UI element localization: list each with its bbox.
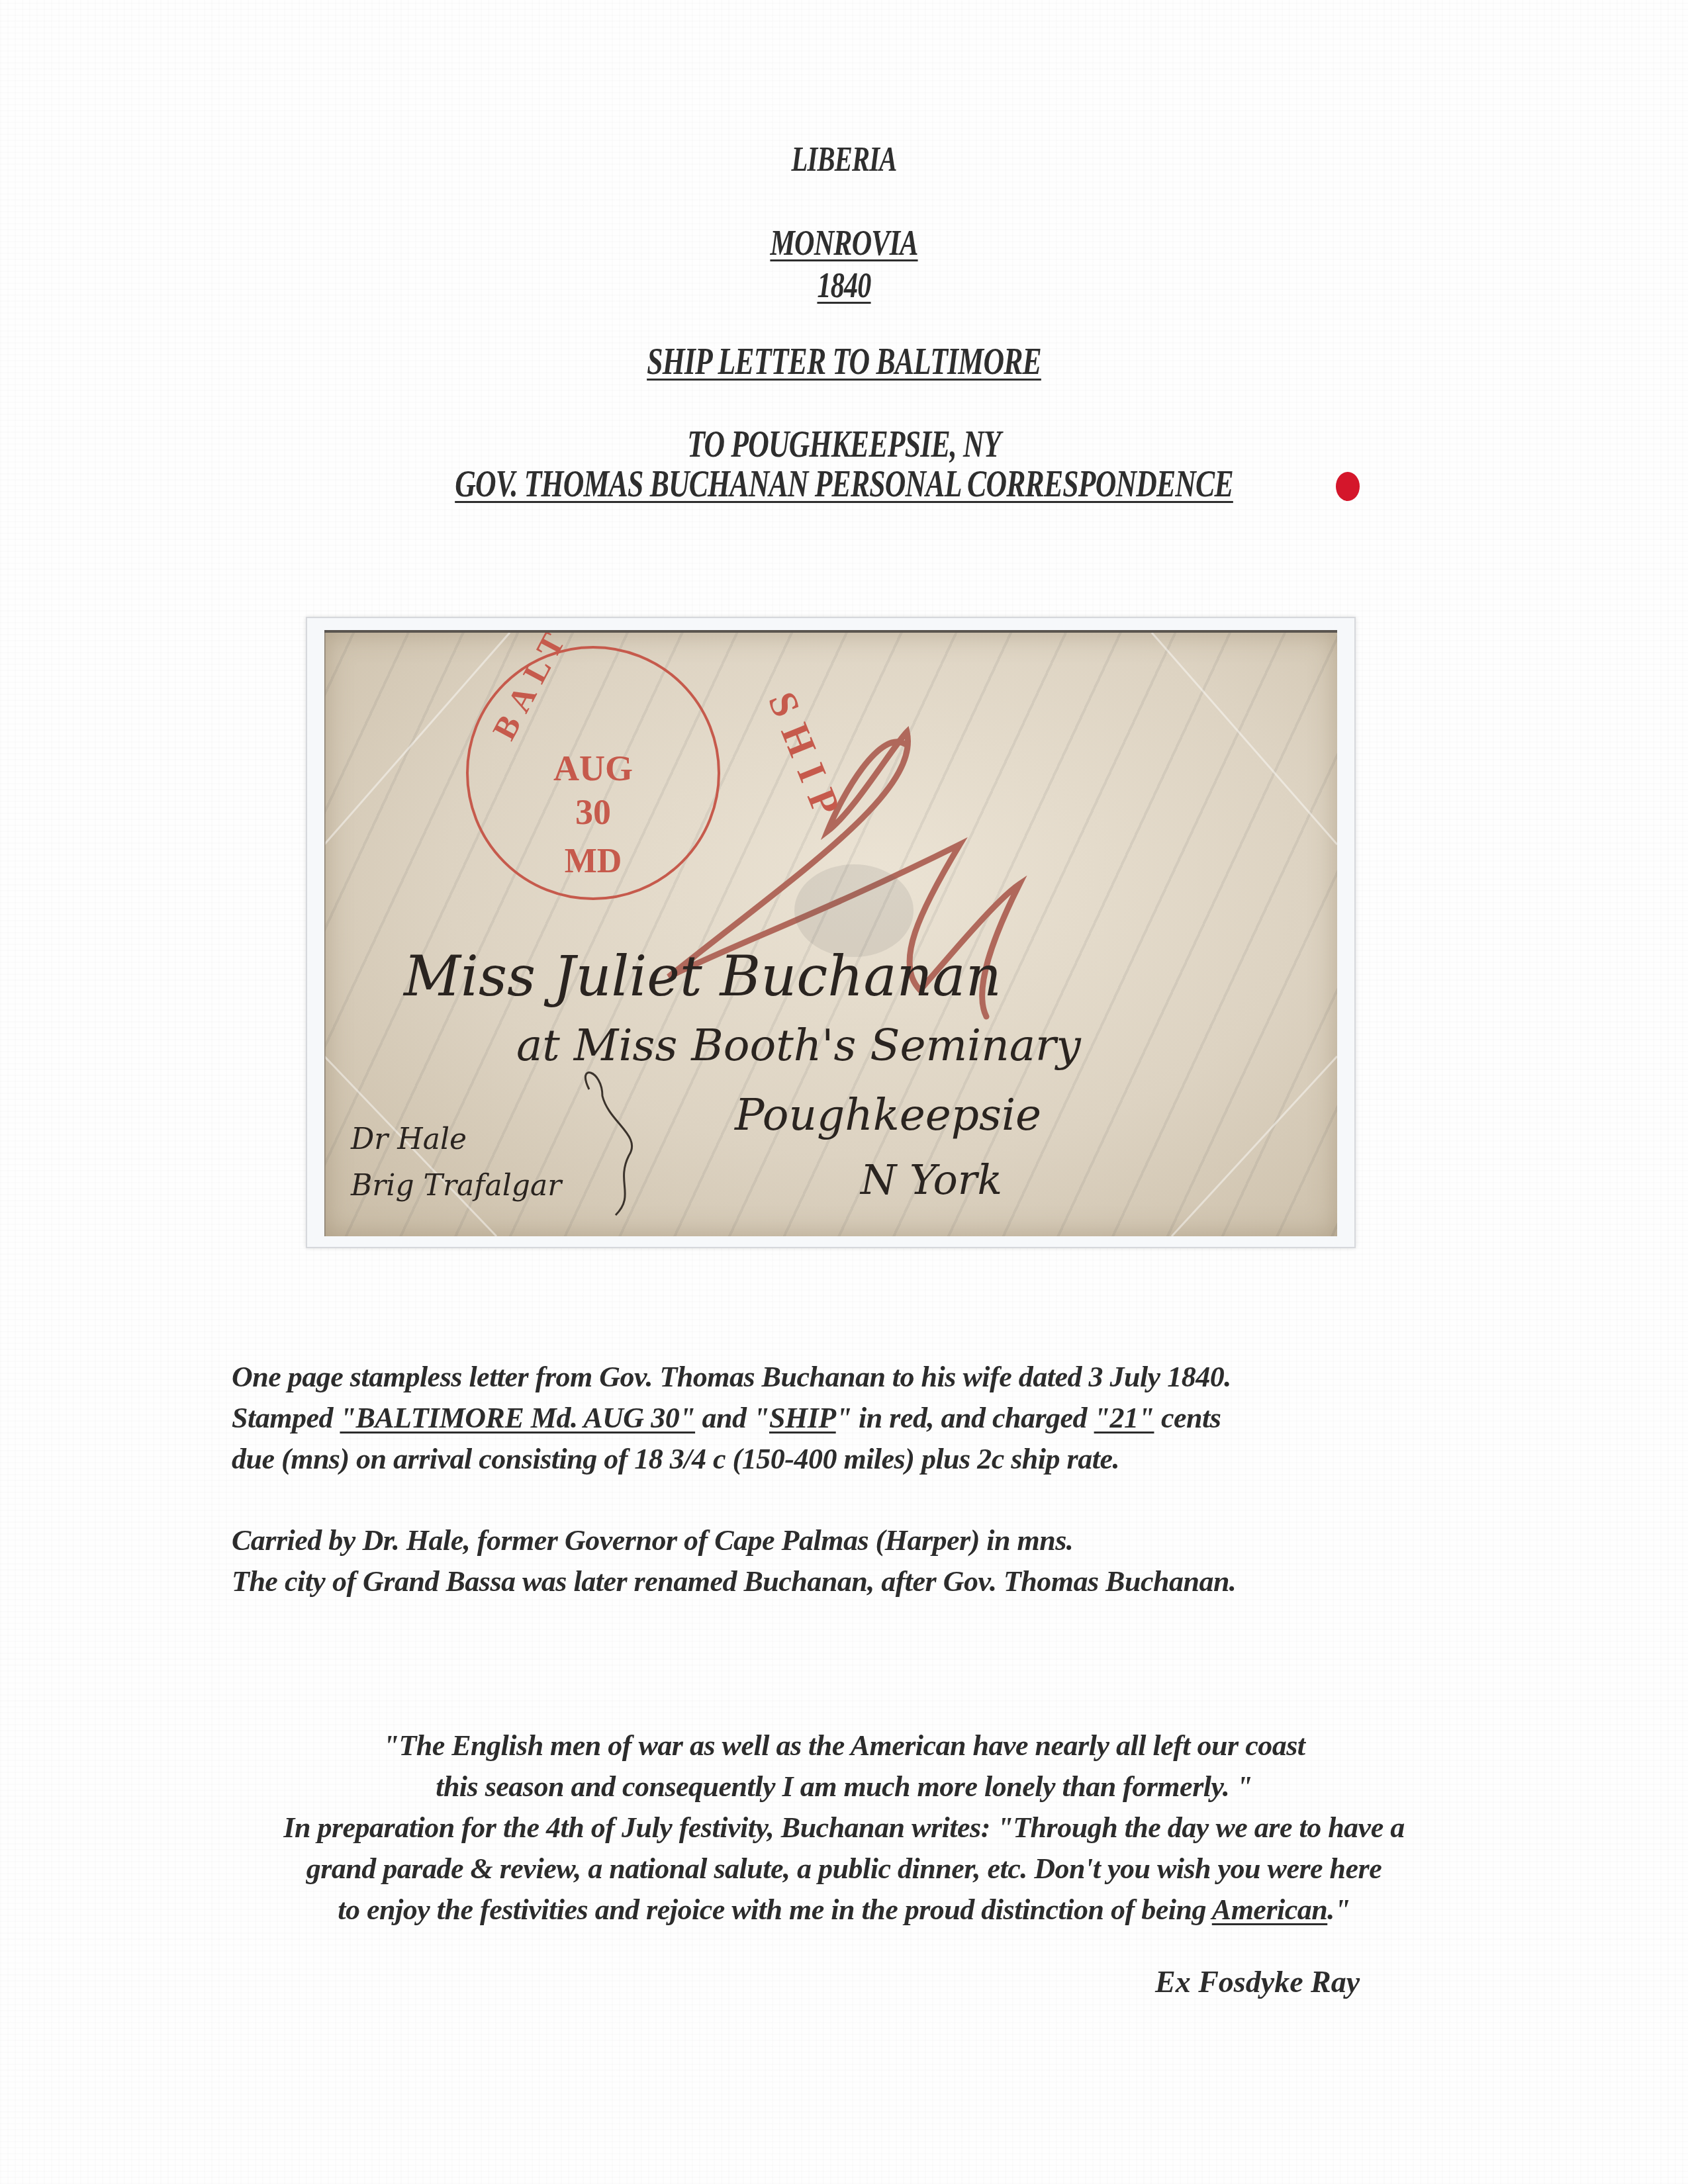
city-text: MONROVIA [770,223,917,263]
postmark-reference: "BALTIMORE Md. AUG 30" [340,1402,695,1434]
text-run: " in red, and charged [836,1402,1094,1434]
text-run: Stamped [232,1402,340,1434]
carrier-note-line-1: Dr Hale [351,1122,467,1156]
rate-reference: "21" [1094,1402,1154,1434]
ship-reference: SHIP [769,1402,836,1434]
exhibit-page: LIBERIA MONROVIA 1840 SHIP LETTER TO BAL… [0,0,1688,2184]
quote-line: "The English men of war as well as the A… [0,1725,1688,1766]
country-title: LIBERIA [186,140,1503,179]
year-text: 1840 [817,265,870,305]
description-line: Carried by Dr. Hale, former Governor of … [232,1520,1236,1561]
baltimore-postmark: AUG 30 MD BALTIMORE [466,646,720,900]
description-line: due (mns) on arrival consisting of 18 3/… [232,1439,1231,1480]
text-run: ." [1327,1893,1350,1926]
postmark-state: MD [469,842,718,881]
country-text: LIBERIA [791,141,896,179]
city-title: MONROVIA [186,222,1503,263]
text-run: cents [1154,1402,1221,1434]
address-line-2: at Miss Booth's Seminary [516,1020,1081,1071]
provenance-note: Ex Fosdyke Ray [1155,1964,1360,1999]
letter-quote: "The English men of war as well as the A… [0,1725,1688,1931]
quote-line: this season and consequently I am much m… [0,1766,1688,1807]
emphasized-word: American [1212,1893,1327,1926]
text-run: and " [695,1402,769,1434]
route-title: SHIP LETTER TO BALTIMORE [186,341,1503,383]
subject-title: GOV. THOMAS BUCHANAN PERSONAL CORRESPOND… [186,463,1503,506]
route-text: SHIP LETTER TO BALTIMORE [647,341,1041,383]
year-title: 1840 [186,265,1503,306]
destination-title: TO POUGHKEEPSIE, NY [186,424,1503,466]
red-dot-marker-icon [1336,472,1360,501]
description-paragraph-2: Carried by Dr. Hale, former Governor of … [232,1520,1236,1602]
text-run: to enjoy the festivities and rejoice wit… [338,1893,1211,1926]
cover-envelope: AUG 30 MD BALTIMORE SHIP Miss Juliet Buc… [324,630,1337,1236]
description-line: Stamped "BALTIMORE Md. AUG 30" and "SHIP… [232,1398,1231,1439]
description-line: One page stampless letter from Gov. Thom… [232,1357,1231,1398]
quote-line: grand parade & review, a national salute… [0,1848,1688,1889]
quote-line: In preparation for the 4th of July festi… [0,1807,1688,1848]
subject-text: GOV. THOMAS BUCHANAN PERSONAL CORRESPOND… [455,464,1233,505]
description-paragraph-1: One page stampless letter from Gov. Thom… [232,1357,1231,1480]
description-line: The city of Grand Bassa was later rename… [232,1561,1236,1602]
carrier-note-line-2: Brig Trafalgar [351,1169,561,1203]
quote-line: to enjoy the festivities and rejoice wit… [0,1889,1688,1931]
address-line-4: N York [861,1156,1002,1204]
postmark-month: AUG [469,748,718,789]
address-line-1: Miss Juliet Buchanan [404,944,1002,1009]
destination-text: TO POUGHKEEPSIE, NY [687,424,1000,465]
postmark-day: 30 [469,792,718,833]
address-line-3: Poughkeepsie [735,1089,1041,1140]
